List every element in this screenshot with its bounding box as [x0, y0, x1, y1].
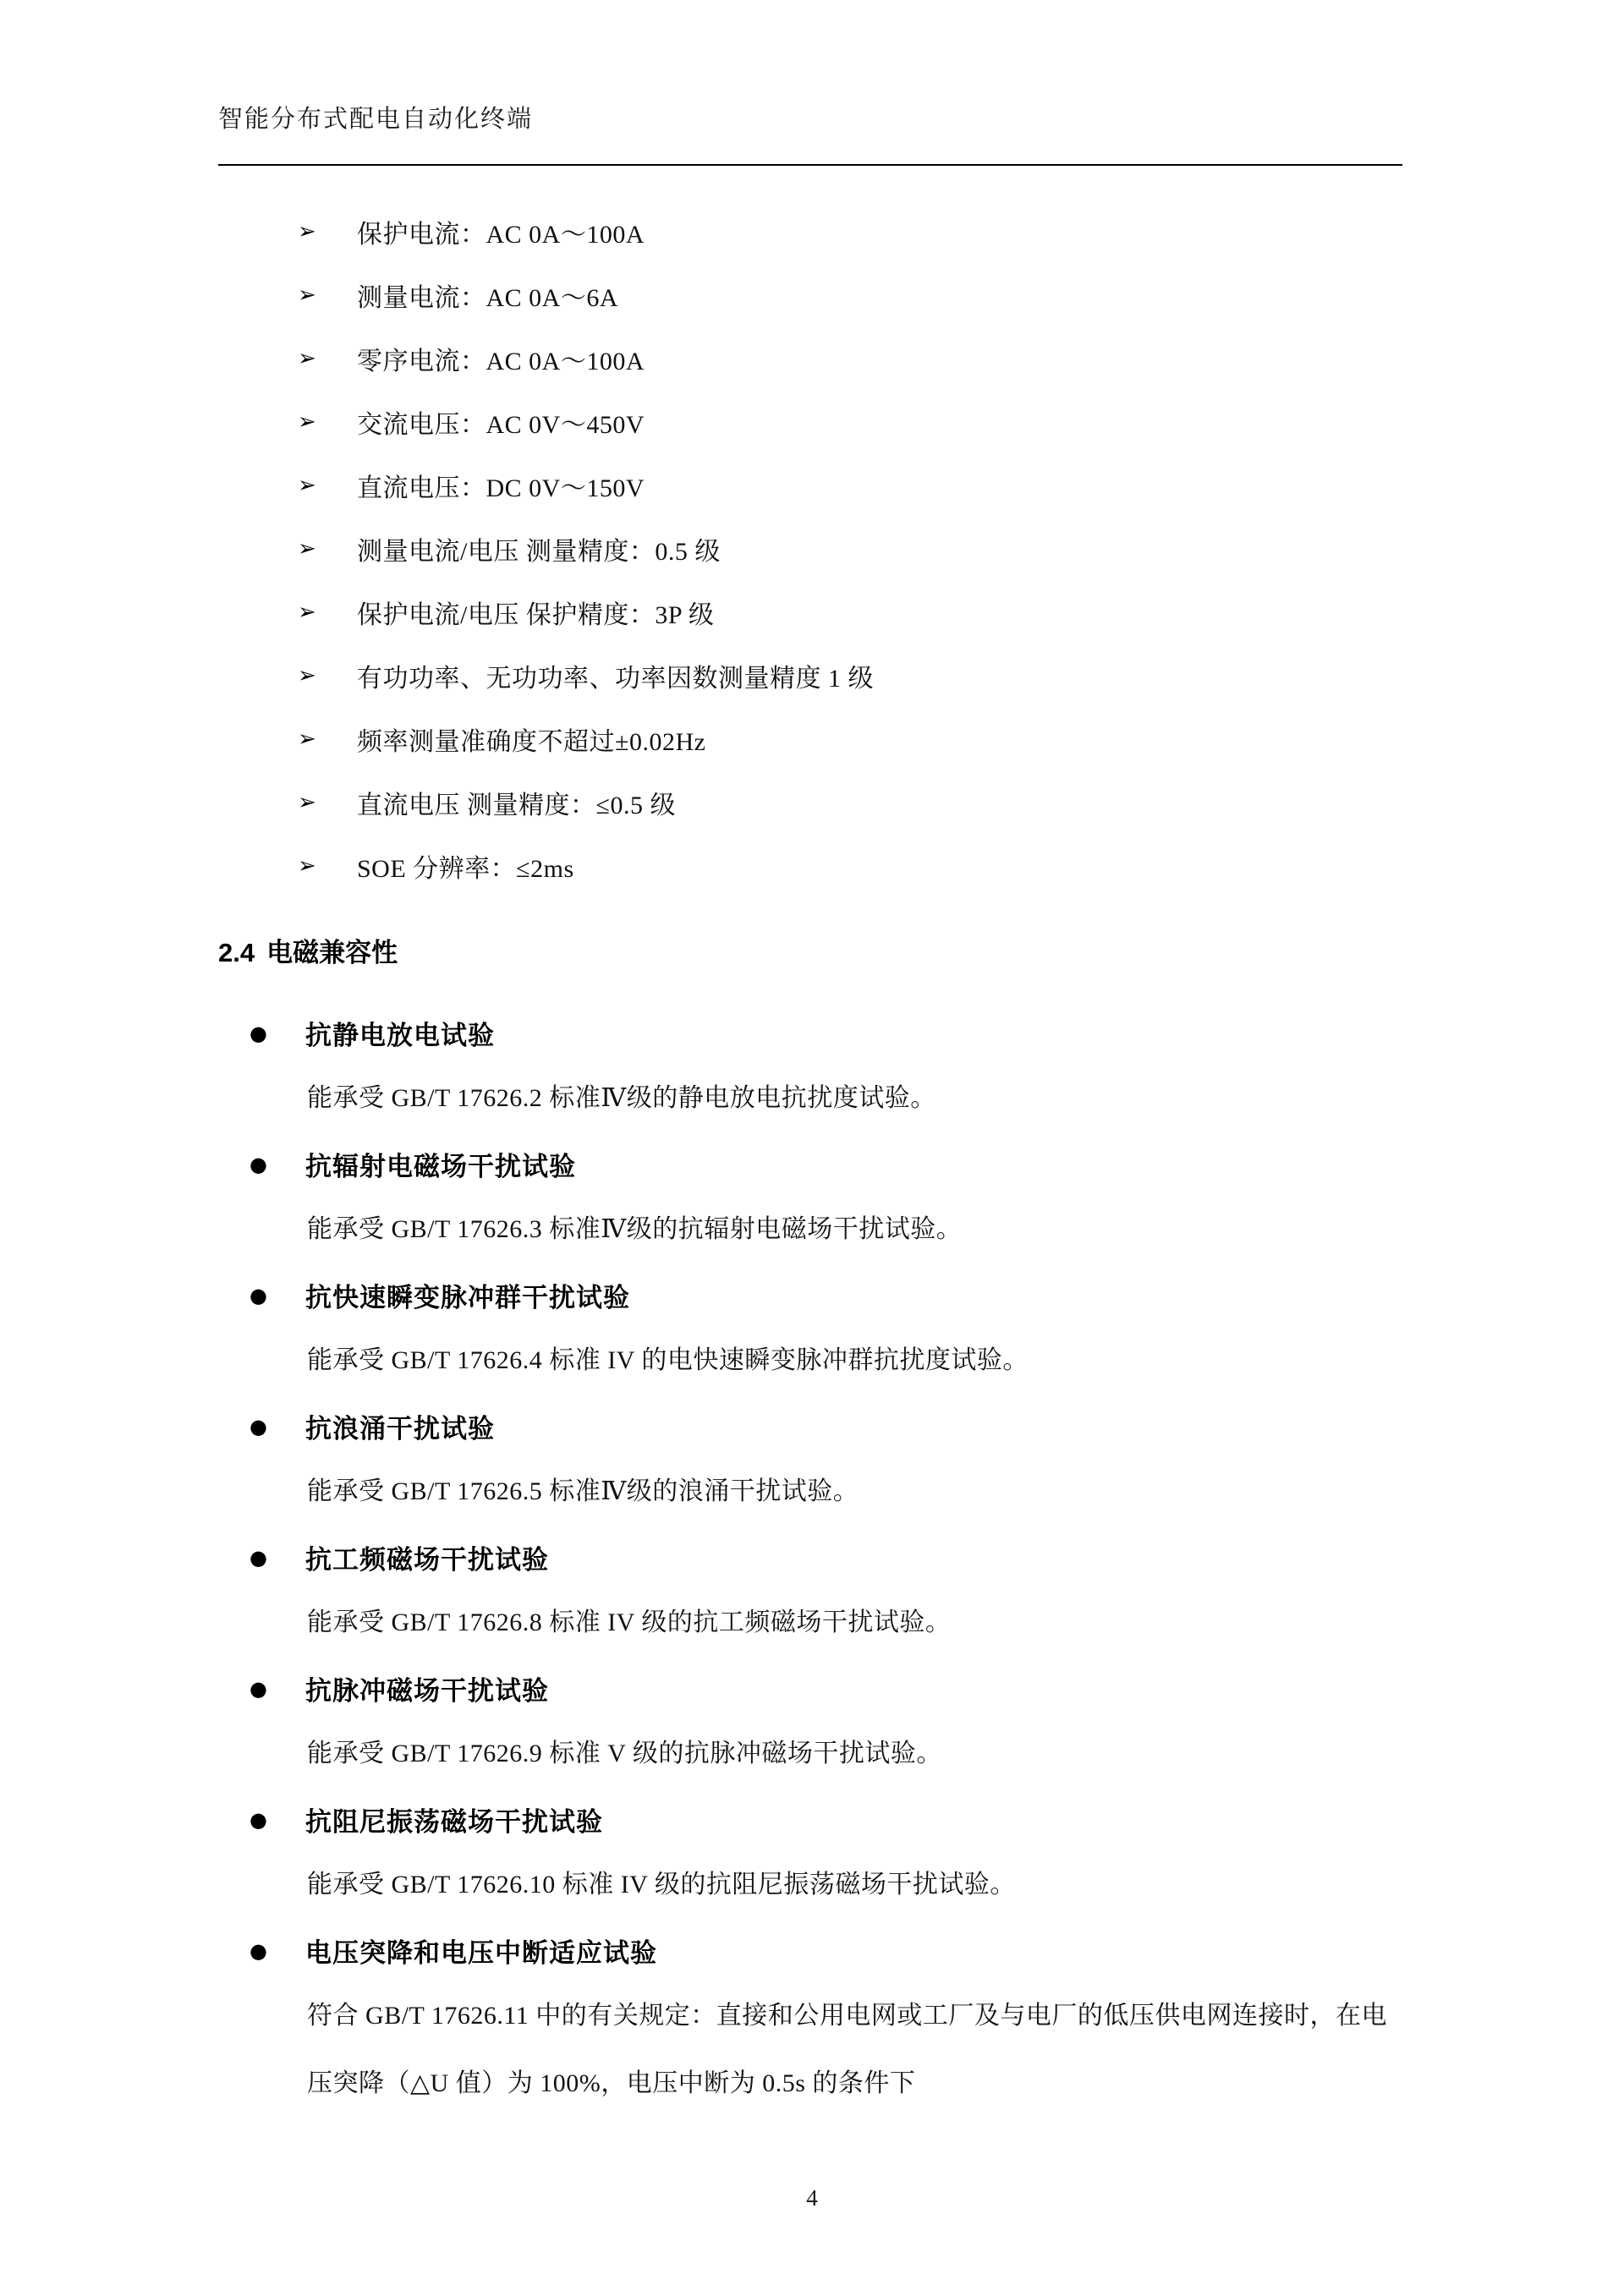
emc-item-heading-row: ● 抗脉冲磁场干扰试验	[250, 1657, 1624, 1720]
emc-item-body: 能承受 GB/T 17626.5 标准Ⅳ级的浪涌干扰试验。	[307, 1458, 1387, 1526]
spec-item-text: 测量电流：AC 0A～6A	[357, 277, 618, 314]
arrow-bullet-icon: ➢	[298, 853, 357, 879]
emc-item-heading: 抗浪涌干扰试验	[305, 1407, 495, 1445]
header-divider	[218, 164, 1402, 166]
circle-bullet-icon: ●	[250, 1284, 305, 1307]
arrow-bullet-icon: ➢	[298, 409, 357, 435]
emc-item-body: 能承受 GB/T 17626.4 标准 IV 的电快速瞬变脉冲群抗扰度试验。	[307, 1327, 1387, 1395]
emc-test-item: ● 抗工频磁场干扰试验 能承受 GB/T 17626.8 标准 IV 级的抗工频…	[0, 1526, 1624, 1657]
section-heading: 2.4电磁兼容性	[218, 921, 1624, 984]
spec-list-item: ➢ 直流电压：DC 0V～150V	[298, 453, 1624, 517]
spec-list-item: ➢ 交流电压：AC 0V～450V	[298, 390, 1624, 453]
header-title: 智能分布式配电自动化终端	[218, 101, 1402, 137]
arrow-bullet-icon: ➢	[298, 726, 357, 752]
spec-list: ➢ 保护电流：AC 0A～100A ➢ 测量电流：AC 0A～6A ➢ 零序电流…	[298, 200, 1624, 897]
arrow-bullet-icon: ➢	[298, 536, 357, 562]
spec-list-item: ➢ 保护电流/电压 保护精度：3P 级	[298, 580, 1624, 644]
page-header: 智能分布式配电自动化终端	[218, 0, 1402, 166]
arrow-bullet-icon: ➢	[298, 663, 357, 688]
spec-item-text: 频率测量准确度不超过±0.02Hz	[357, 721, 705, 758]
spec-item-text: 直流电压：DC 0V～150V	[357, 467, 645, 504]
emc-test-item: ● 电压突降和电压中断适应试验 符合 GB/T 17626.11 中的有关规定：…	[0, 1919, 1624, 2118]
spec-list-item: ➢ 有功功率、无功功率、功率因数测量精度 1 级	[298, 644, 1624, 707]
section-number: 2.4	[218, 938, 255, 967]
spec-list-item: ➢ SOE 分辨率：≤2ms	[298, 834, 1624, 897]
arrow-bullet-icon: ➢	[298, 346, 357, 371]
arrow-bullet-icon: ➢	[298, 790, 357, 815]
emc-item-body: 能承受 GB/T 17626.3 标准Ⅳ级的抗辐射电磁场干扰试验。	[307, 1196, 1387, 1263]
spec-item-text: 测量电流/电压 测量精度：0.5 级	[357, 530, 721, 567]
emc-item-heading: 抗脉冲磁场干扰试验	[305, 1669, 549, 1707]
emc-test-item: ● 抗静电放电试验 能承受 GB/T 17626.2 标准Ⅳ级的静电放电抗扰度试…	[0, 1001, 1624, 1132]
emc-item-heading-row: ● 抗工频磁场干扰试验	[250, 1526, 1624, 1589]
spec-list-item: ➢ 直流电压 测量精度：≤0.5 级	[298, 770, 1624, 834]
emc-item-body: 符合 GB/T 17626.11 中的有关规定：直接和公用电网或工厂及与电厂的低…	[307, 1982, 1387, 2118]
emc-item-body: 能承受 GB/T 17626.9 标准 V 级的抗脉冲磁场干扰试验。	[307, 1720, 1387, 1788]
emc-test-item: ● 抗脉冲磁场干扰试验 能承受 GB/T 17626.9 标准 V 级的抗脉冲磁…	[0, 1657, 1624, 1788]
page-number: 4	[0, 2185, 1624, 2211]
emc-item-heading: 抗辐射电磁场干扰试验	[305, 1145, 576, 1183]
spec-item-text: 保护电流/电压 保护精度：3P 级	[357, 594, 714, 631]
spec-item-text: SOE 分辨率：≤2ms	[357, 847, 574, 885]
arrow-bullet-icon: ➢	[298, 219, 357, 244]
emc-item-heading-row: ● 抗浪涌干扰试验	[250, 1395, 1624, 1458]
emc-test-item: ● 抗快速瞬变脉冲群干扰试验 能承受 GB/T 17626.4 标准 IV 的电…	[0, 1263, 1624, 1395]
emc-item-heading-row: ● 抗辐射电磁场干扰试验	[250, 1132, 1624, 1196]
spec-item-text: 零序电流：AC 0A～100A	[357, 340, 645, 377]
emc-item-heading: 抗快速瞬变脉冲群干扰试验	[305, 1276, 630, 1314]
circle-bullet-icon: ●	[250, 1415, 305, 1438]
emc-test-item: ● 抗浪涌干扰试验 能承受 GB/T 17626.5 标准Ⅳ级的浪涌干扰试验。	[0, 1395, 1624, 1526]
arrow-bullet-icon: ➢	[298, 473, 357, 498]
spec-item-text: 直流电压 测量精度：≤0.5 级	[357, 784, 676, 821]
emc-test-list: ● 抗静电放电试验 能承受 GB/T 17626.2 标准Ⅳ级的静电放电抗扰度试…	[0, 1001, 1624, 2118]
spec-list-item: ➢ 频率测量准确度不超过±0.02Hz	[298, 707, 1624, 770]
arrow-bullet-icon: ➢	[298, 600, 357, 625]
arrow-bullet-icon: ➢	[298, 282, 357, 308]
spec-list-item: ➢ 保护电流：AC 0A～100A	[298, 200, 1624, 263]
circle-bullet-icon: ●	[250, 1677, 305, 1701]
emc-item-heading-row: ● 抗快速瞬变脉冲群干扰试验	[250, 1263, 1624, 1327]
emc-item-heading: 抗阻尼振荡磁场干扰试验	[305, 1800, 603, 1838]
emc-item-heading: 电压突降和电压中断适应试验	[305, 1932, 657, 1970]
circle-bullet-icon: ●	[250, 1153, 305, 1176]
emc-item-body: 能承受 GB/T 17626.2 标准Ⅳ级的静电放电抗扰度试验。	[307, 1065, 1387, 1132]
circle-bullet-icon: ●	[250, 1546, 305, 1570]
emc-item-heading-row: ● 抗静电放电试验	[250, 1001, 1624, 1065]
spec-list-item: ➢ 测量电流：AC 0A～6A	[298, 263, 1624, 326]
circle-bullet-icon: ●	[250, 1808, 305, 1832]
spec-item-text: 有功功率、无功功率、功率因数测量精度 1 级	[357, 657, 874, 694]
circle-bullet-icon: ●	[250, 1022, 305, 1045]
emc-item-heading: 抗静电放电试验	[305, 1014, 495, 1052]
emc-item-heading: 抗工频磁场干扰试验	[305, 1538, 549, 1576]
spec-item-text: 交流电压：AC 0V～450V	[357, 403, 645, 441]
emc-item-body: 能承受 GB/T 17626.8 标准 IV 级的抗工频磁场干扰试验。	[307, 1589, 1387, 1657]
emc-item-body: 能承受 GB/T 17626.10 标准 IV 级的抗阻尼振荡磁场干扰试验。	[307, 1851, 1387, 1919]
emc-item-heading-row: ● 电压突降和电压中断适应试验	[250, 1919, 1624, 1982]
spec-item-text: 保护电流：AC 0A～100A	[357, 213, 645, 250]
spec-list-item: ➢ 测量电流/电压 测量精度：0.5 级	[298, 517, 1624, 580]
spec-list-item: ➢ 零序电流：AC 0A～100A	[298, 326, 1624, 390]
emc-test-item: ● 抗辐射电磁场干扰试验 能承受 GB/T 17626.3 标准Ⅳ级的抗辐射电磁…	[0, 1132, 1624, 1263]
document-page: 智能分布式配电自动化终端 ➢ 保护电流：AC 0A～100A ➢ 测量电流：AC…	[0, 0, 1624, 2296]
circle-bullet-icon: ●	[250, 1939, 305, 1963]
emc-item-heading-row: ● 抗阻尼振荡磁场干扰试验	[250, 1788, 1624, 1851]
emc-test-item: ● 抗阻尼振荡磁场干扰试验 能承受 GB/T 17626.10 标准 IV 级的…	[0, 1788, 1624, 1919]
section-title: 电磁兼容性	[266, 938, 398, 967]
